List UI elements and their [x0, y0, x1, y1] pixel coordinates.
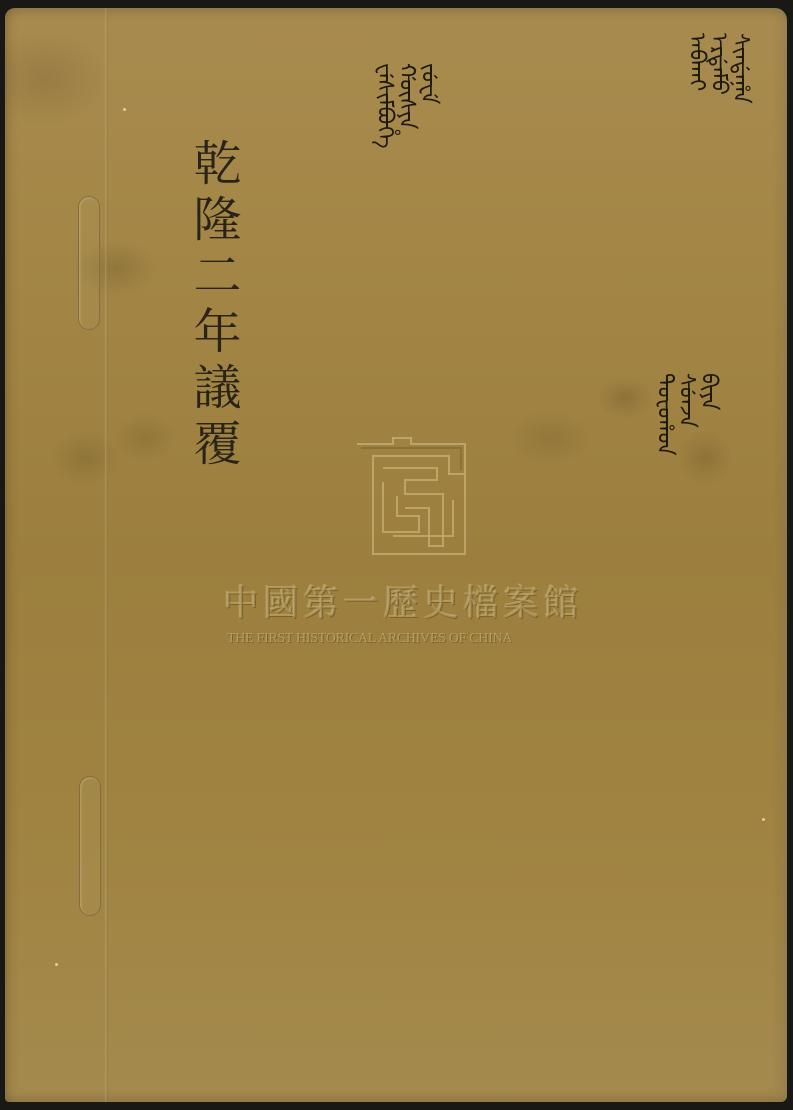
archive-watermark-english: THE FIRST HISTORICAL ARCHIVES OF CHINA: [227, 631, 607, 647]
booklet-cover: 乾隆二年議覆 ᠸᡝᠰᡳᠮᠪᡠᡥᡝ ᡤᡡᠰᡳᠨ ᠵᡠᠸᡝ ᠠᠪᡴᠠᡳ ᡝᡵᡩᡝᠮᡠ…: [5, 8, 787, 1102]
manchu-segment: ᡝᡵᡩᡝᠮᡠ: [707, 33, 729, 337]
manchu-segment: ᠰᡠᠨᠵᠠ: [675, 373, 697, 592]
manchu-column-3: ᡨᠣᡶᠣᡥᠣᠨ ᠰᡠᠨᠵᠠ ᠪᡳᠶᠠ: [653, 373, 719, 618]
manchu-segment: ᠸᡝᠰᡳᠮᠪᡠᡥᡝ: [373, 63, 395, 377]
manchu-segment: ᠰᡳᠨᡩᠠᡥᠠ: [729, 33, 751, 337]
manchu-segment: ᡤᡡᠰᡳᠨ: [395, 63, 417, 377]
paper-speck: [55, 963, 58, 966]
chinese-title: 乾隆二年議覆: [177, 138, 237, 474]
manchu-segment: ᠠᠪᡴᠠᡳ: [685, 33, 707, 337]
binding-stitch-bottom: [79, 776, 101, 916]
archive-watermark-chinese: 中國第一歷史檔案館: [223, 575, 603, 626]
spine-fold-line: [105, 8, 108, 1102]
manchu-segment: ᠪᡳᠶᠠ: [697, 373, 719, 592]
paper-speck: [123, 108, 126, 111]
manchu-column-1: ᠸᡝᠰᡳᠮᠪᡠᡥᡝ ᡤᡡᠰᡳᠨ ᠵᡠᠸᡝ: [373, 63, 439, 403]
manchu-segment: ᡨᠣᡶᠣᡥᠣᠨ: [653, 373, 675, 592]
manchu-segment: ᠵᡠᠸᡝ: [417, 63, 439, 377]
paper-speck: [762, 818, 765, 821]
manchu-column-2: ᠠᠪᡴᠠᡳ ᡝᡵᡩᡝᠮᡠ ᠰᡳᠨᡩᠠᡥᠠ: [685, 33, 751, 363]
binding-stitch-top: [78, 196, 100, 330]
archives-seal-icon: [353, 436, 469, 558]
